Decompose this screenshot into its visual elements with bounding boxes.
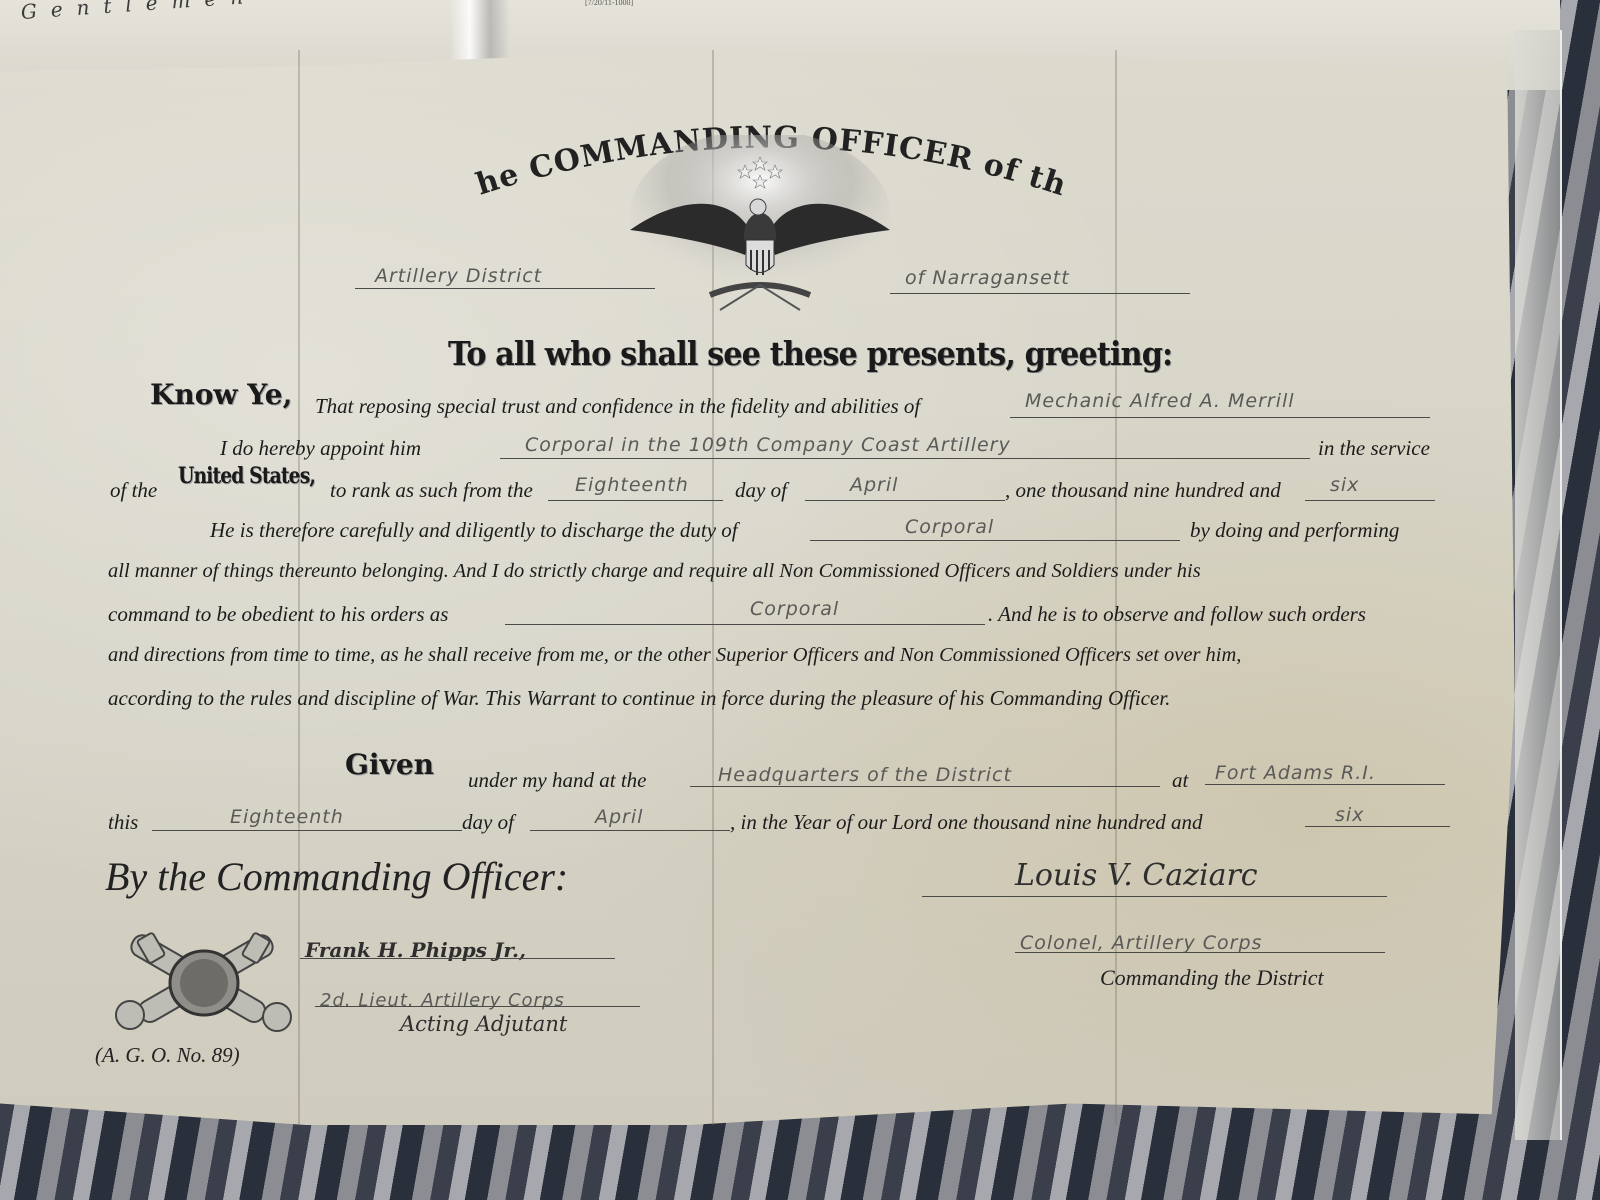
day-of-text: day of [735, 478, 787, 503]
body-line-6: command to be obedient to his orders as [108, 602, 448, 627]
body-line-3: to rank as such from the [330, 478, 533, 503]
given-text: under my hand at the [468, 768, 646, 793]
plastic-sleeve-edge [1515, 30, 1562, 1140]
commanding-officer-signature: Louis V. Caziarc [1015, 858, 1258, 893]
fill-line [1015, 952, 1385, 953]
body-line-8: according to the rules and discipline of… [108, 686, 1170, 711]
rank-day-field: Eighteenth [575, 474, 689, 496]
duty-field: Corporal [905, 516, 994, 538]
appointment-field: Corporal in the 109th Company Coast Arti… [525, 434, 1011, 456]
crossed-cannons-insignia-icon [112, 925, 292, 1040]
body-line-2-end: in the service [1318, 436, 1430, 461]
given-place-field: Headquarters of the District [718, 764, 1012, 786]
year-text: , one thousand nine hundred and [1005, 478, 1281, 503]
fill-line [505, 624, 985, 625]
body-line-2: I do hereby appoint him [220, 436, 421, 461]
fill-line [1305, 826, 1450, 827]
rank-month-field: April [850, 474, 898, 496]
given-heading: Given [345, 748, 434, 781]
commanding-officer-rank-field: Colonel, Artillery Corps [1020, 932, 1262, 954]
body-line-1: That reposing special trust and confiden… [315, 394, 920, 419]
fill-line [922, 896, 1387, 897]
fold-crease [298, 50, 300, 1125]
appointee-name-field: Mechanic Alfred A. Merrill [1025, 390, 1295, 412]
by-commanding-officer-heading: By the Commanding Officer: [105, 853, 568, 900]
unit-district-field: Artillery District [375, 265, 542, 287]
fill-line [152, 830, 462, 831]
given-year-text: , in the Year of our Lord one thousand n… [730, 810, 1203, 835]
underlying-ref-code: [7/20/11-1000] [585, 0, 633, 7]
know-ye-heading: Know Ye, [150, 378, 292, 411]
united-states-text: United States, [178, 463, 315, 489]
orders-as-field: Corporal [750, 598, 839, 620]
fill-line [530, 830, 730, 831]
fill-line [1305, 500, 1435, 501]
fold-crease [1115, 50, 1117, 1125]
adjutant-rank-field: 2d. Lieut. Artillery Corps [320, 990, 565, 1011]
fill-line [690, 786, 1160, 787]
given-at-text: at [1172, 768, 1188, 793]
adjutant-role: Acting Adjutant [400, 1012, 567, 1036]
eagle-emblem-icon [620, 135, 900, 335]
fill-line [300, 958, 615, 959]
given-year-field: six [1335, 804, 1364, 826]
fill-line [500, 458, 1310, 459]
fill-line [355, 288, 655, 289]
body-line-6-end: . And he is to observe and follow such o… [988, 602, 1366, 627]
given-this-text: this [108, 810, 138, 835]
given-day-of-text: day of [462, 810, 514, 835]
given-month-field: April [595, 806, 643, 828]
fill-line [890, 293, 1190, 294]
greeting-heading: To all who shall see these presents, gre… [448, 334, 1172, 373]
unit-district-name-field: of Narragansett [905, 267, 1070, 289]
rank-year-field: six [1330, 474, 1359, 496]
commanding-officer-role: Commanding the District [1100, 965, 1324, 991]
given-day-field: Eighteenth [230, 806, 344, 828]
form-number: (A. G. O. No. 89) [95, 1043, 240, 1068]
body-line-3-start: of the [110, 478, 157, 503]
fill-line [1010, 417, 1430, 418]
body-line-7: and directions from time to time, as he … [108, 644, 1241, 667]
body-line-4: He is therefore carefully and diligently… [210, 518, 738, 543]
fill-line [805, 500, 1005, 501]
fill-line [315, 1006, 640, 1007]
fill-line [1205, 784, 1445, 785]
underlying-script-text: Gentlemen [20, 0, 258, 24]
fill-line [548, 500, 723, 501]
fill-line [810, 540, 1180, 541]
body-line-4-end: by doing and performing [1190, 518, 1399, 543]
given-location-field: Fort Adams R.I. [1215, 762, 1376, 784]
body-line-5: all manner of things thereunto belonging… [108, 560, 1201, 583]
